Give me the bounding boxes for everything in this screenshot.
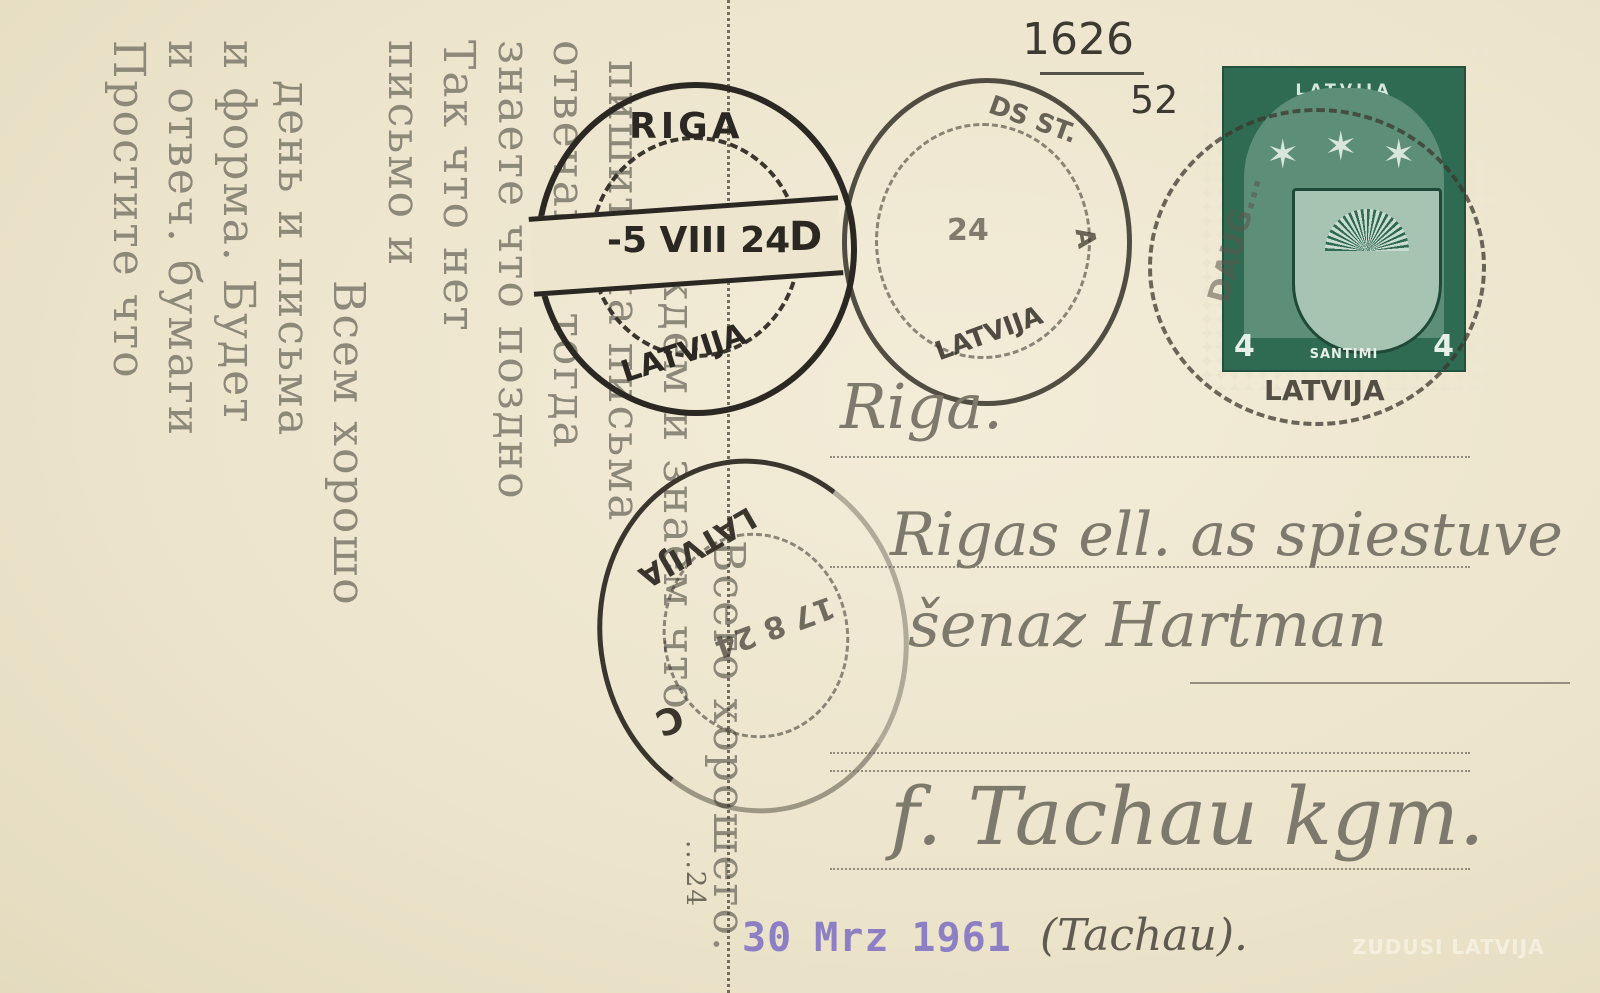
- message-line: и форма. Будет: [216, 40, 260, 425]
- address-line-1: Rigas ell. as spiestuve: [890, 500, 1563, 570]
- message-line: день и письма: [271, 80, 315, 437]
- address-line-2: šenaz Hartman: [908, 588, 1387, 661]
- address-city: Riga.: [840, 370, 1003, 443]
- postmark-top-text: DAUG...: [1201, 172, 1269, 307]
- postmark-letter: A: [1069, 225, 1102, 250]
- address-rule: [830, 868, 1470, 870]
- archive-day: 30: [742, 915, 792, 961]
- catalog-number: 1626: [1022, 14, 1134, 65]
- postmark-riga: RIGA -5 VIII 24 D LATVIJA: [535, 82, 857, 416]
- message-date: ...24: [682, 840, 708, 908]
- message-line: Простите что: [106, 40, 150, 380]
- message-line: знаете что поздно: [491, 40, 535, 501]
- postmark-city: RIGA: [629, 106, 744, 147]
- catalog-rule: [1040, 72, 1144, 75]
- postmark-secondary: DS ST. 24 A LATVIJA: [842, 78, 1132, 406]
- archive-note: (Tachau).: [1040, 910, 1248, 961]
- postmark-stamp-cancel: DAUG... LATVIJA: [1148, 108, 1486, 426]
- postmark-letter: C: [650, 695, 689, 743]
- postcard-back: Простите что и отвеч. бумаги и форма. Бу…: [0, 0, 1600, 993]
- watermark: ZUDUSI LATVIJA: [1352, 935, 1545, 959]
- address-rule: [830, 456, 1470, 458]
- catalog-subnumber: 52: [1130, 78, 1178, 122]
- archive-month: Mrz: [814, 915, 889, 961]
- message-line: и отвеч. бумаги: [161, 40, 205, 437]
- postmark-country: LATVIJA: [1264, 374, 1385, 407]
- postmark-date: 24: [947, 213, 989, 248]
- postmark-date: -5 VIII 24: [607, 220, 790, 261]
- address-line-3: f. Tachau kgm.: [890, 770, 1484, 863]
- address-rule: [830, 752, 1470, 754]
- archive-year: 1961: [911, 915, 1011, 961]
- message-line: письмо и: [381, 40, 425, 267]
- address-underline: [1190, 682, 1570, 684]
- message-line: Так что нет: [436, 40, 480, 333]
- archive-date-stamp: 30Mrz1961: [742, 915, 1034, 961]
- postmark-letter: D: [789, 214, 822, 260]
- message-line: Всем хорошо: [326, 280, 370, 607]
